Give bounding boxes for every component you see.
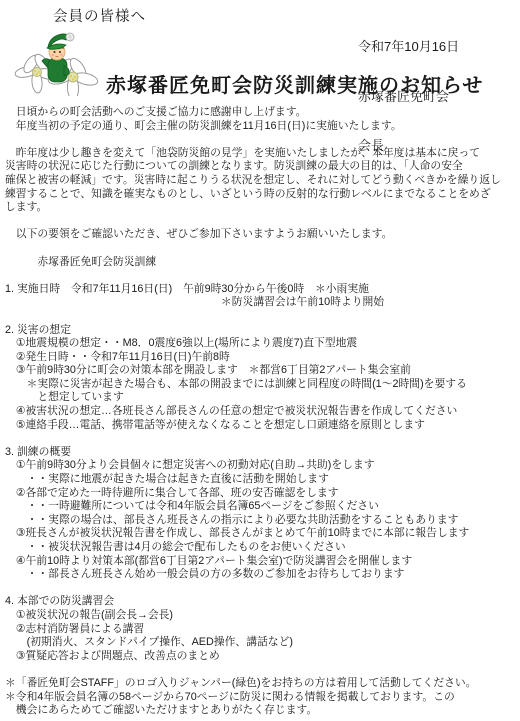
- footnote-line: ＊令和4年版会員名簿の58ページから70ページに防災に関わる情報を掲載しておりま…: [5, 691, 517, 705]
- doc-line: ＊防災講習会は午前10時より開始: [5, 296, 517, 310]
- doc-line: 以下の要領をご確認いただき、ぜひご参加下さいますようお願いいたします。: [5, 228, 517, 242]
- doc-line: ・・実際の場合は、部長さん班長さんの指示により必要な共助活動をすることもあります: [5, 514, 517, 528]
- footnote-line: ＊「番匠免町会STAFF」のロゴ入りジャンパー(緑色)をお持ちの方は着用して活動…: [5, 677, 517, 691]
- blank-line: [5, 133, 517, 147]
- doc-line: と想定しています: [5, 391, 517, 405]
- doc-line: 年度当初の予定の通り、町会主催の防災訓練を11月16日(日)に実施いたします。: [5, 120, 517, 134]
- blank-line: [5, 432, 517, 446]
- doc-line: ④午前10時より対策本部(都営6丁目第2アパート集会室)で防災講習会を開催します: [5, 555, 517, 569]
- doc-line: ③午前9時30分に町会の対策本部を開設します ＊都営6丁目第2アパート集会室前: [5, 364, 517, 378]
- doc-line: ・・実際に地震が起きた場合は起きた直後に活動を開始します: [5, 473, 517, 487]
- doc-line: ③質疑応答および問題点、改善点のまとめ: [5, 650, 517, 664]
- doc-line: ②発生日時・・令和7年11月16日(日)午前8時: [5, 351, 517, 365]
- section-4-heading: 4. 本部での防災講習会: [5, 595, 517, 609]
- blank-line: [5, 215, 517, 229]
- doc-line: 日頃からの町会活動へのご支援ご協力に感謝申し上げます。: [5, 106, 517, 120]
- blank-line: [5, 310, 517, 324]
- doc-line: (初期消火、スタンドパイプ操作、AED操作、講話など): [5, 636, 517, 650]
- doc-line: ②志村消防署員による講習: [5, 623, 517, 637]
- doc-line: ④被害状況の想定…各班長さん部長さんの任意の想定で被災状況報告書を作成してくださ…: [5, 405, 517, 419]
- doc-line: ＊実際に災害が起きた場合も、本部の開設までには訓練と同程度の時間(1～2時間)を…: [5, 378, 517, 392]
- doc-line: ・・一時避難所については令和4年版会員名簿65ページをご参照ください: [5, 500, 517, 514]
- doc-line: ②各部で定めた一時待避所に集合して各部、班の安否確認をします: [5, 487, 517, 501]
- page-title: 赤塚番匠免町会防災訓練実施のお知らせ: [106, 69, 483, 98]
- section-1-datetime: 1. 実施日時 令和7年11月16日(日) 午前9時30分から午後0時 ＊小雨実…: [5, 283, 517, 297]
- blank-line: [5, 582, 517, 596]
- doc-line: ①午前9時30分より会員個々に想定災害への初動対応(自助→共助)をします: [5, 459, 517, 473]
- drill-heading: 赤塚番匠免町会防災訓練: [5, 256, 517, 270]
- blank-line: [5, 663, 517, 677]
- document-body: 日頃からの町会活動へのご支援ご協力に感謝申し上げます。 年度当初の予定の通り、町…: [5, 106, 517, 718]
- doc-line: ③班長さんが被災状況報告書を作成し、部長さんがまとめて午前10時までに本部に報告…: [5, 527, 517, 541]
- date: 令和7年10月16日: [358, 39, 459, 56]
- doc-line: ①地震規模の想定・・M8．0震度6強以上(場所により震度7)直下型地震: [5, 337, 517, 351]
- doc-line: ・・被災状況報告書は4月の総会で配布したものをお使いください: [5, 541, 517, 555]
- section-2-heading: 2. 災害の想定: [5, 324, 517, 338]
- doc-line: ①被災状況の報告(副会長→会長): [5, 609, 517, 623]
- section-3-heading: 3. 訓練の概要: [5, 446, 517, 460]
- doc-line: 昨年度は少し趣きを変えて「池袋防災館の見学」を実施いたしましたが、本年度は基本に…: [5, 147, 517, 161]
- doc-line: します。: [5, 201, 517, 215]
- doc-line: 災害時の状況に応じた行動についての訓練となります。防災訓練の最大の目的は、「人命…: [5, 160, 517, 174]
- footnote-line: 機会にあらためてご確認いただけますとありがたく存じます。: [5, 704, 517, 718]
- blank-line: [5, 269, 517, 283]
- doc-line: ⑤連絡手段…電話、携帯電話等が使えなくなることを想定し口頭連絡を原則とします: [5, 419, 517, 433]
- salutation: 会員の皆様へ: [53, 9, 146, 25]
- doc-line: ・・部長さん班長さん始め一般会員の方の多数のご参加をお待ちしております: [5, 568, 517, 582]
- mascot-elf-flowers-icon: [12, 30, 100, 96]
- doc-line: 練習することで、知識を確実なものとし、いざという時の反射的な行動レベルにまでなる…: [5, 188, 517, 202]
- doc-line: 確保と被害の軽減」です。災害時に起こりうる状況を想定し、それに対してどう動くべき…: [5, 174, 517, 188]
- blank-line: [5, 242, 517, 256]
